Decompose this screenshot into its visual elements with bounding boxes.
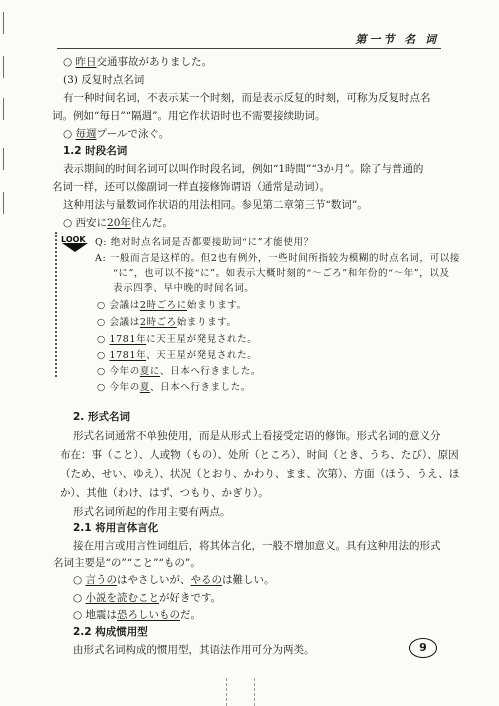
margin-bar xyxy=(3,148,4,170)
header-rule xyxy=(57,48,441,49)
heading-1-2: 1.2 时段名词 xyxy=(63,144,127,158)
running-header: 第一节 名 词 xyxy=(355,31,439,47)
example-sentence: ○ 毎週プールで泳ぐ。 xyxy=(63,127,169,141)
paragraph: 接在用言或用言性词组后，将其体言化，一般不增加意义。具有这种用法的形式 xyxy=(73,539,441,553)
paragraph: 由形式名词构成的惯用型，其语法作用可分为两类。 xyxy=(73,643,315,657)
crop-mark xyxy=(226,678,227,706)
look-example: ○ 1781年、天王星が発見された。 xyxy=(97,349,257,363)
paragraph: 形式名词通常不单独使用，而是从形式上看接受定语的修饰。形式名词的意义分 xyxy=(73,429,441,443)
look-example: ○ 会議は2時ごろに始まります。 xyxy=(97,299,247,313)
circle-marker-icon: ○ xyxy=(63,56,72,68)
crop-mark xyxy=(254,678,255,706)
example-sentence: ○ 小説を読むことが好きです。 xyxy=(73,591,221,605)
margin-bar xyxy=(3,98,4,120)
svg-text:LOOK: LOOK xyxy=(61,235,86,244)
look-example: ○ 今年の夏に、日本へ行きました。 xyxy=(97,365,261,379)
look-example: ○ 会議は2時ごろ始まります。 xyxy=(97,316,237,330)
paragraph: 名词主要是“の”“こと”“もの”。 xyxy=(53,556,201,570)
paragraph: 布在：事（こと）、人或物（もの）、处所（ところ）、时间（とき、うち、たび）、原因 xyxy=(60,448,459,462)
example-sentence: ○ 西安に20年住んだ。 xyxy=(63,216,173,230)
paragraph: 词。例如“毎日”“隔週”。用它作状语时也不需要接续助词。 xyxy=(52,109,325,123)
question: Q: 绝对时点名词是否都要接助词“に”才能使用？ xyxy=(95,236,314,250)
margin-bar xyxy=(3,192,4,214)
example-sentence: ○ 地震は恐ろしいものだ。 xyxy=(73,608,201,622)
subheading: (3) 反复时点名词 xyxy=(63,73,144,87)
paragraph: 表示期间的时间名词可以叫作时段名词，例如“1時間”“3か月”。除了与普通的 xyxy=(63,162,423,176)
look-example: ○ 1781年に天王星が発見された。 xyxy=(97,333,257,347)
answer: “に”，也可以不接“に”。如表示大概时刻的“～ごろ”和年份的“～年”，以及 xyxy=(113,267,450,281)
paragraph: 这种用法与量数词作状语的用法相同。参见第二章第三节“数词”。 xyxy=(63,198,368,212)
heading-2-2: 2.2 构成惯用型 xyxy=(73,625,148,639)
section-heading: 2. 形式名词 xyxy=(73,410,130,424)
margin-bar xyxy=(3,56,4,78)
page-number: 9 xyxy=(409,638,437,658)
paragraph: か）、其他（わけ、はず、つもり、かぎり）。 xyxy=(60,486,269,500)
paragraph: 形式名词所起的作用主要有两点。 xyxy=(73,505,231,519)
circle-marker-icon: ○ xyxy=(63,128,72,140)
circle-marker-icon: ○ xyxy=(63,217,72,229)
example-sentence: ○ 言うのはやさしいが、やるのは難しい。 xyxy=(73,573,275,587)
paragraph: 有一种时间名词，不表示某一个时刻，而是表示反复的时刻，可称为反复时点名 xyxy=(63,91,431,105)
answer: 表示四季、早中晚的时间名词。 xyxy=(113,282,254,296)
paragraph: 名词一样，还可以像副词一样直接修饰谓语（通常是动词）。 xyxy=(52,180,330,194)
heading-2-1: 2.1 将用言体言化 xyxy=(73,521,158,535)
look-logo-icon: LOOK xyxy=(60,233,90,253)
answer: A: 一般而言是这样的。但2也有例外，一些时间所指较为模糊的时点名词，可以接 xyxy=(95,252,460,266)
look-example: ○ 今年の夏、日本へ行きました。 xyxy=(97,381,251,395)
margin-bar xyxy=(3,12,4,34)
dotted-divider xyxy=(55,232,57,377)
paragraph: （ため、せい、ゆえ）、状况（とおり、かわり、まま、次第）、方面（ほう、うえ、ほ xyxy=(60,467,459,481)
example-sentence: ○ 昨日交通事故がありました。 xyxy=(63,55,212,69)
